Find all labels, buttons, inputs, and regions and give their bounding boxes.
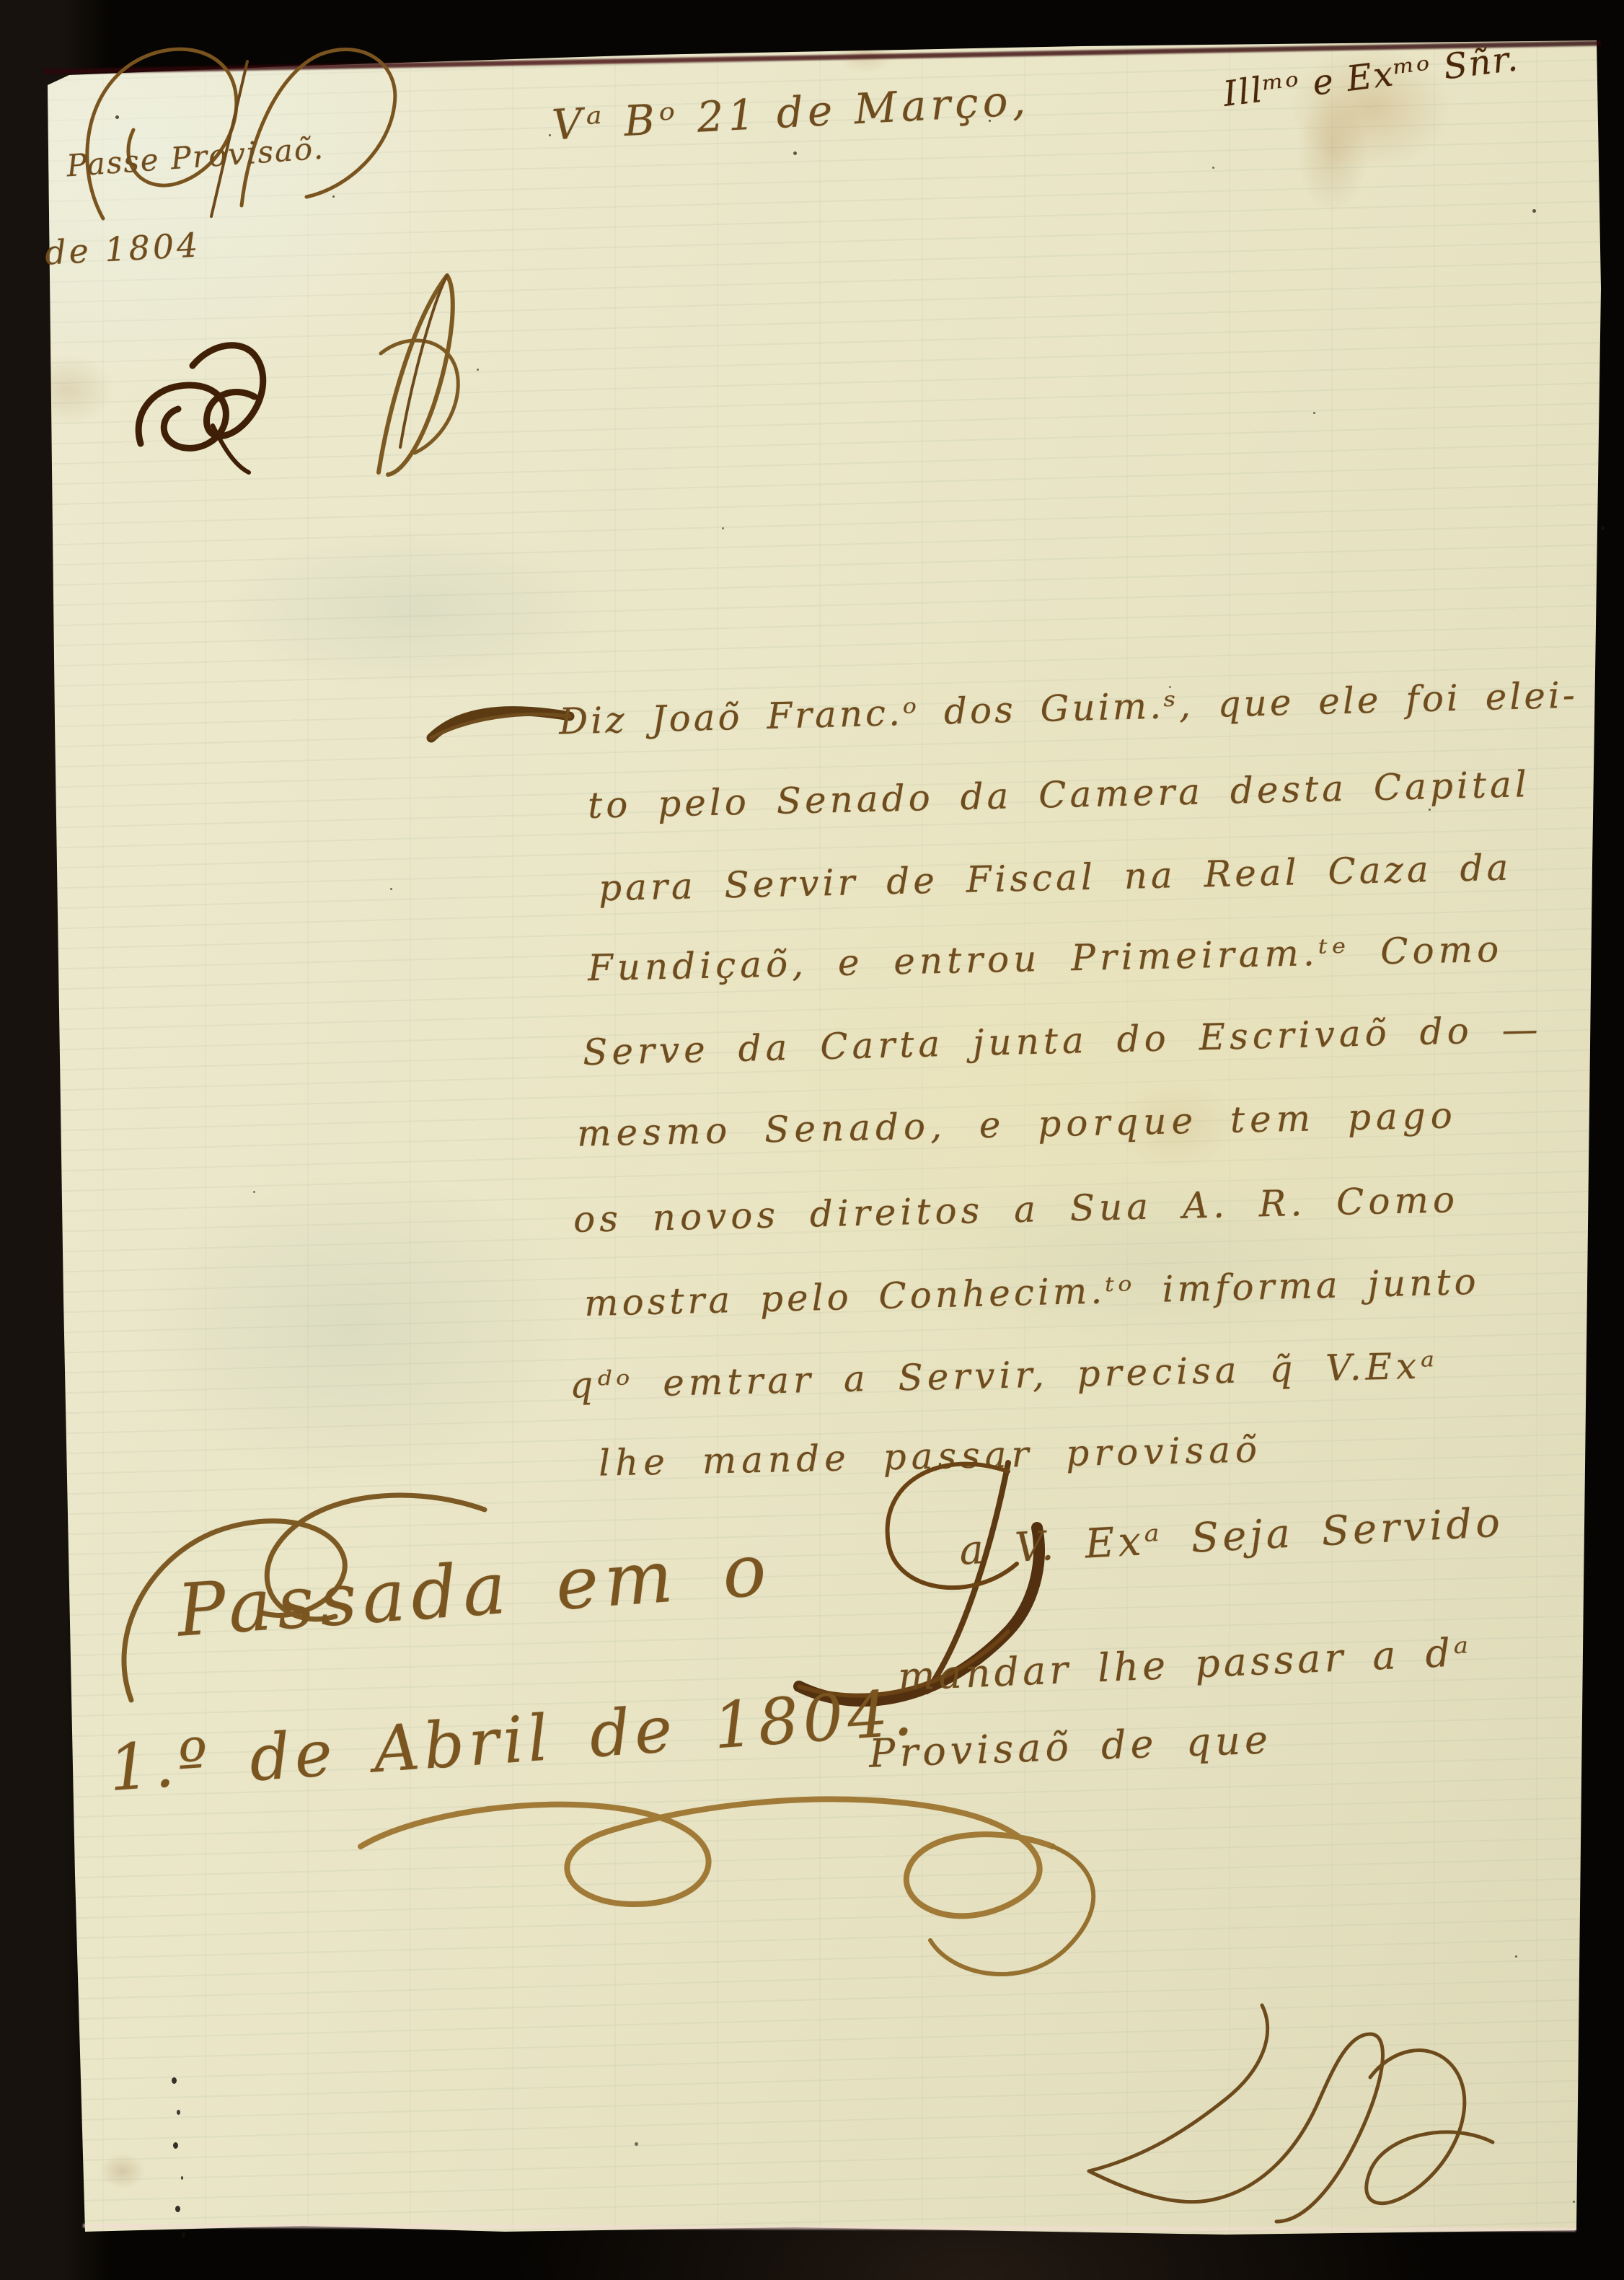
rubric-right-monogram [339,260,490,483]
rubric-left-monogram [126,328,292,480]
passe-year: de 1804 [44,226,202,271]
stitch-holes [172,2077,177,2084]
ink-bleed-through [130,1168,577,1486]
scanned-manuscript-photo: Passe Provisaõ. de 1804 Vᵃ Bᵒ 21 de Març… [0,0,1624,2280]
ink-bleed-through [216,527,606,692]
passe-flourish [61,32,436,227]
date-flourish [303,1760,1154,1976]
body-opening-dash [425,696,577,747]
signature-rubric [1046,1991,1536,2258]
